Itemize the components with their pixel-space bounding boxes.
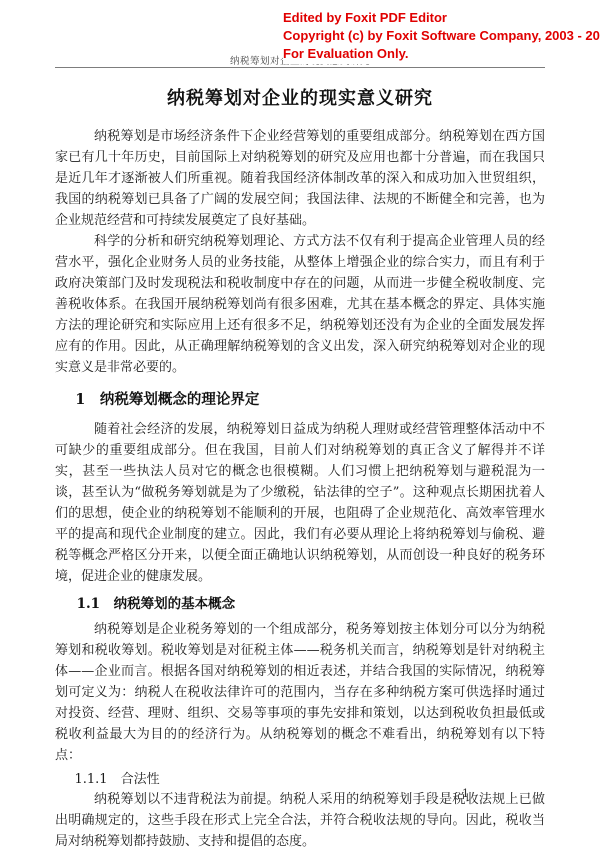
document-content: 纳税筹划对企业的现实意义研究 纳税筹划是市场经济条件下企业经营筹划的重要组成部分… [55,70,545,850]
header-rule [55,67,545,68]
section-1-1-paragraph: 纳税筹划是企业税务筹划的一个组成部分，税务筹划按主体划分可以分为纳税筹划和税收筹… [55,619,545,766]
page-number: 1 [462,787,469,800]
section-1-1-1-paragraph: 纳税筹划以不违背税法为前提。纳税人采用的纳税筹划手段是税收法规上已做出明确规定的… [55,789,545,850]
document-page: Edited by Foxit PDF Editor Copyright (c)… [0,0,600,850]
section-1-paragraph: 随着社会经济的发展，纳税筹划日益成为纳税人理财或经营管理整体活动中不可缺少的重要… [55,419,545,587]
section-1-heading: 1 纳税筹划概念的理论界定 [55,390,545,410]
watermark-line-3: For Evaluation Only. [283,45,600,63]
section-1-1-1-heading: 1.1.1 合法性 [55,770,545,789]
section-1-1-heading: 1.1 纳税筹划的基本概念 [55,595,545,614]
intro-paragraph-1: 纳税筹划是市场经济条件下企业经营筹划的重要组成部分。纳税筹划在西方国家已有几十年… [55,126,545,231]
intro-paragraph-2: 科学的分析和研究纳税筹划理论、方式方法不仅有利于提高企业管理人员的经营水平，强化… [55,231,545,378]
watermark-line-1: Edited by Foxit PDF Editor [283,9,600,27]
foxit-watermark: Edited by Foxit PDF Editor Copyright (c)… [283,9,600,64]
watermark-line-2: Copyright (c) by Foxit Software Company,… [283,27,600,45]
page-title: 纳税筹划对企业的现实意义研究 [55,86,545,112]
